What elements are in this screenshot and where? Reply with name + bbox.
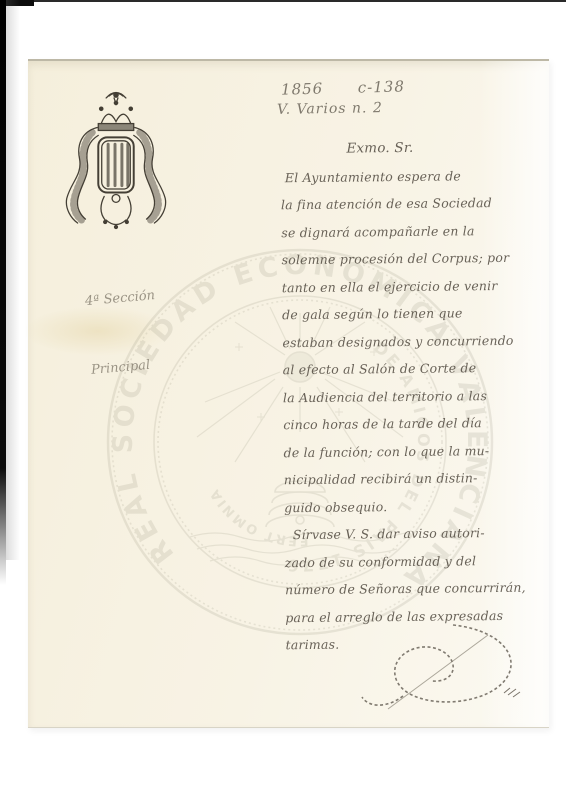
handwritten-line: nicipalidad recibirá un distin- bbox=[284, 464, 524, 494]
handwritten-line: zado de su conformidad y del bbox=[285, 546, 525, 576]
handwritten-line: de la función; con lo que la mu- bbox=[283, 436, 523, 466]
handwritten-line: número de Señoras que concurrirán, bbox=[285, 574, 525, 604]
handwritten-line: guido obsequio. bbox=[284, 491, 524, 521]
handwritten-line: la Audiencia del territorio a las bbox=[283, 381, 523, 411]
catalog-annotation-series: V. Varios n. 2 bbox=[277, 100, 383, 118]
handwritten-letter: Exmo. Sr. El Ayuntamiento espera dela fi… bbox=[280, 134, 525, 659]
handwritten-line: de gala según lo tienen que bbox=[282, 299, 522, 329]
margin-note-line1: 4ª Sección bbox=[84, 284, 156, 313]
handwritten-line: estaban designados y concurriendo bbox=[282, 326, 522, 356]
handwritten-line: se dignará acompañarle en la bbox=[281, 216, 521, 246]
handwritten-line: al efecto al Salón de Corte de bbox=[283, 354, 523, 384]
scanned-document-viewer: { "scan": { "annotations": { "catalog_li… bbox=[0, 0, 566, 800]
scanner-top-edge bbox=[0, 0, 566, 2]
signature-scribble bbox=[504, 688, 520, 697]
coat-of-arms-icon bbox=[52, 86, 180, 234]
letter-body: El Ayuntamiento espera dela fina atenció… bbox=[281, 161, 526, 658]
catalog-annotation-year: 1856 c-138 bbox=[281, 77, 405, 98]
handwritten-line: Sírvase V. S. dar aviso autori- bbox=[284, 519, 524, 549]
document-page: REAL SOCIEDAD ECONOMICA VALENCIANA DE AM… bbox=[28, 59, 549, 728]
handwritten-line: solemne procesión del Corpus; por bbox=[281, 244, 521, 274]
signature-flourish bbox=[358, 621, 538, 716]
handwritten-line: la fina atención de esa Sociedad bbox=[281, 189, 521, 219]
letter-salutation: Exmo. Sr. bbox=[280, 134, 520, 164]
handwritten-line: El Ayuntamiento espera de bbox=[281, 161, 521, 191]
scanner-left-shadow bbox=[6, 0, 20, 560]
margin-note-line2: Principal bbox=[90, 353, 162, 382]
handwritten-line: cinco horas de la tarde del día bbox=[283, 409, 523, 439]
handwritten-line: tanto en ella el ejercicio de venir bbox=[282, 271, 522, 301]
